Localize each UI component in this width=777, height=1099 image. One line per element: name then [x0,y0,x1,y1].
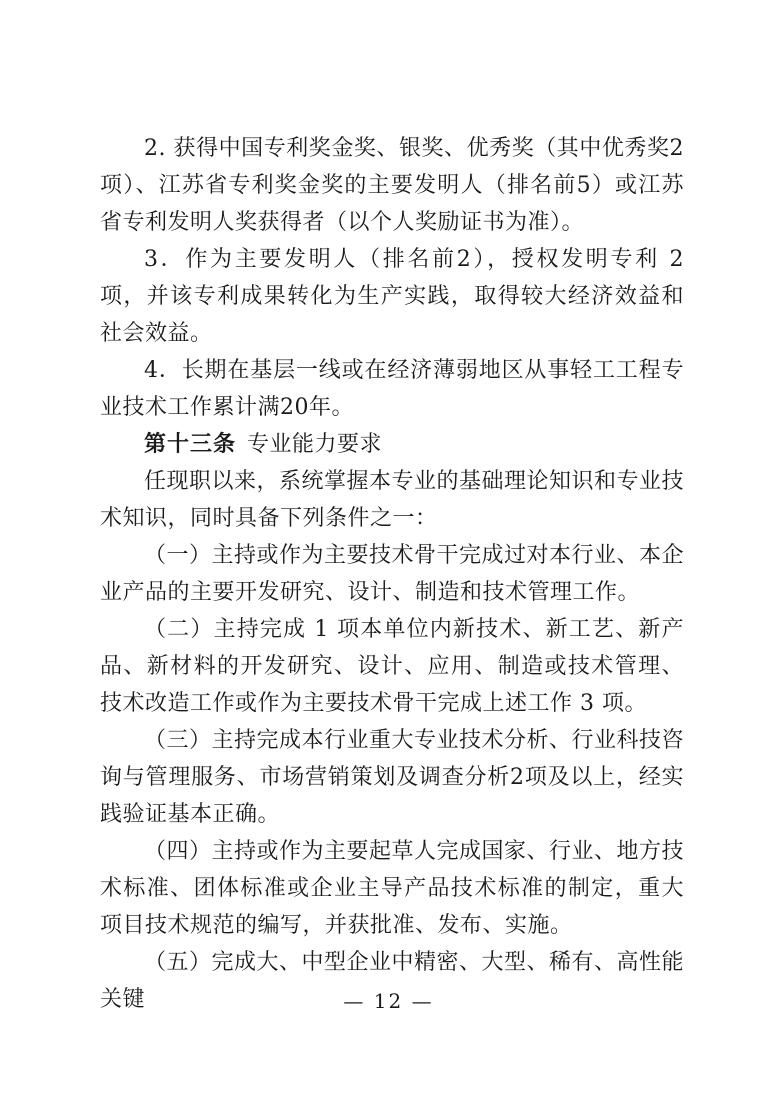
article-number: 第十三条 [144,432,236,457]
paragraph-item-4: 4．长期在基层一线或在经济薄弱地区从事轻工工程专业技术工作累计满20年。 [100,352,684,426]
article-13-heading: 第十三条专业能力要求 [100,426,684,463]
condition-item-1: （一）主持或作为主要技术骨干完成过对本行业、本企业产品的主要开发研究、设计、制造… [100,537,684,611]
article-title: 专业能力要求 [247,432,382,457]
condition-item-3: （三）主持完成本行业重大专业技术分析、行业科技咨询与管理服务、市场营销策划及调查… [100,722,684,833]
document-page: 2. 获得中国专利奖金奖、银奖、优秀奖（其中优秀奖2 项）、江苏省专利奖金奖的主… [0,0,777,1099]
document-body: 2. 获得中国专利奖金奖、银奖、优秀奖（其中优秀奖2 项）、江苏省专利奖金奖的主… [100,130,684,1018]
page-number: — 12 — [343,989,433,1013]
condition-item-4: （四）主持或作为主要起草人完成国家、行业、地方技术标准、团体标准或企业主导产品技… [100,833,684,944]
condition-item-2: （二）主持完成 1 项本单位内新技术、新工艺、新产品、新材料的开发研究、设计、应… [100,611,684,722]
paragraph-item-2: 2. 获得中国专利奖金奖、银奖、优秀奖（其中优秀奖2 项）、江苏省专利奖金奖的主… [100,130,684,241]
page-footer: — 12 — [0,989,777,1013]
paragraph-item-3: 3．作为主要发明人（排名前2），授权发明专利 2 项，并该专利成果转化为生产实践… [100,241,684,352]
paragraph-intro: 任现职以来，系统掌握本专业的基础理论知识和专业技术知识，同时具备下列条件之一： [100,463,684,537]
